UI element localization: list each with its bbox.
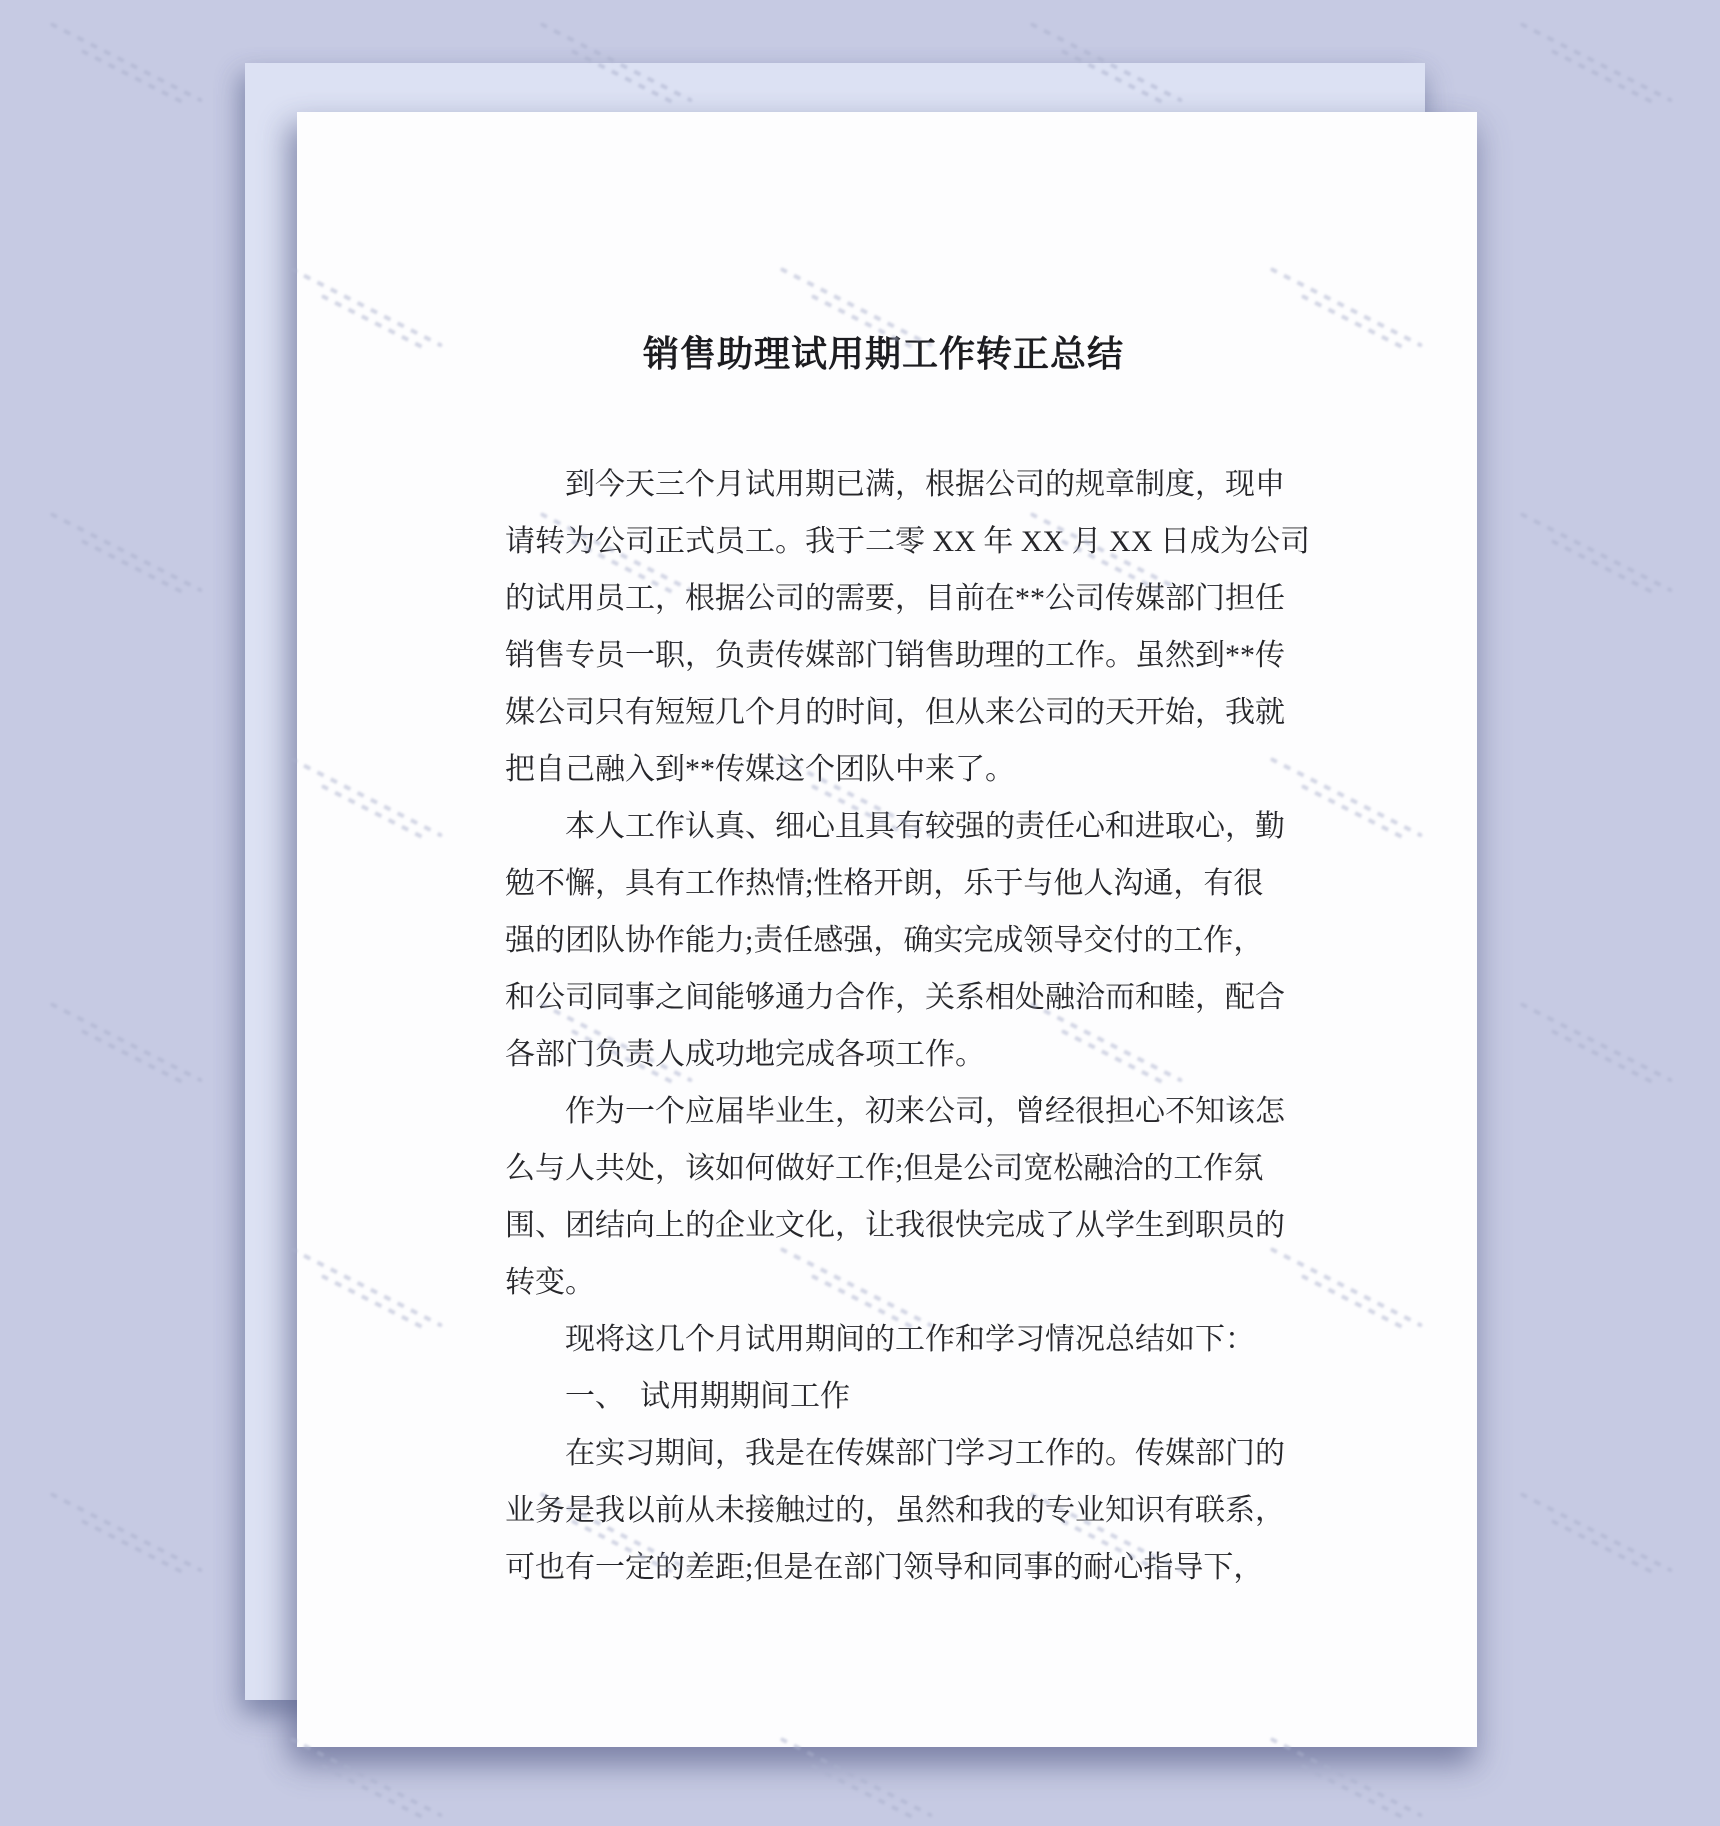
watermark-pattern <box>47 512 203 598</box>
body-line: 把自己融入到**传媒这个团队中来了。 <box>505 741 1262 798</box>
body-line: 和公司同事之间能够通力合作，关系相处融洽而和睦，配合 <box>505 969 1262 1026</box>
body-line: 销售专员一职，负责传媒部门销售助理的工作。虽然到**传 <box>505 627 1262 684</box>
watermark-pattern <box>47 22 203 108</box>
document-page: 销售助理试用期工作转正总结 到今天三个月试用期已满，根据公司的规章制度，现申 请… <box>297 112 1477 1747</box>
watermark-pattern <box>777 1737 933 1823</box>
watermark-pattern <box>47 1002 203 1088</box>
body-line: 围、团结向上的企业文化，让我很快完成了从学生到职员的 <box>505 1197 1262 1254</box>
watermark-pattern <box>1517 1002 1673 1088</box>
watermark-pattern <box>1267 1737 1423 1823</box>
watermark-pattern <box>47 1492 203 1578</box>
body-line: 现将这几个月试用期间的工作和学习情况总结如下： <box>505 1311 1262 1368</box>
body-line: 的试用员工，根据公司的需要，目前在**公司传媒部门担任 <box>505 570 1262 627</box>
watermark-pattern <box>1517 512 1673 598</box>
body-line: 么与人共处，该如何做好工作;但是公司宽松融洽的工作氛 <box>505 1140 1262 1197</box>
body-line: 强的团队协作能力;责任感强，确实完成领导交付的工作， <box>505 912 1262 969</box>
body-line: 作为一个应届毕业生，初来公司，曾经很担心不知该怎 <box>505 1083 1262 1140</box>
body-line: 勉不懈，具有工作热情;性格开朗，乐于与他人沟通，有很 <box>505 855 1262 912</box>
body-line: 到今天三个月试用期已满，根据公司的规章制度，现申 <box>505 456 1262 513</box>
watermark-pattern <box>1517 1492 1673 1578</box>
body-line: 媒公司只有短短几个月的时间，但从来公司的天开始，我就 <box>505 684 1262 741</box>
body-line: 本人工作认真、细心且具有较强的责任心和进取心，勤 <box>505 798 1262 855</box>
body-line: 各部门负责人成功地完成各项工作。 <box>505 1026 1262 1083</box>
document-title: 销售助理试用期工作转正总结 <box>505 332 1262 376</box>
body-line: 可也有一定的差距;但是在部门领导和同事的耐心指导下， <box>505 1539 1262 1596</box>
watermark-pattern <box>1517 22 1673 108</box>
body-line: 转变。 <box>505 1254 1262 1311</box>
body-line: 在实习期间，我是在传媒部门学习工作的。传媒部门的 <box>505 1425 1262 1482</box>
body-line: 业务是我以前从未接触过的，虽然和我的专业知识有联系， <box>505 1482 1262 1539</box>
body-line: 请转为公司正式员工。我于二零 XX 年 XX 月 XX 日成为公司 <box>505 513 1262 570</box>
watermark-pattern <box>287 1737 443 1823</box>
section-heading-line: 一、 试用期期间工作 <box>505 1368 1262 1425</box>
document-body: 到今天三个月试用期已满，根据公司的规章制度，现申 请转为公司正式员工。我于二零 … <box>505 456 1262 1596</box>
